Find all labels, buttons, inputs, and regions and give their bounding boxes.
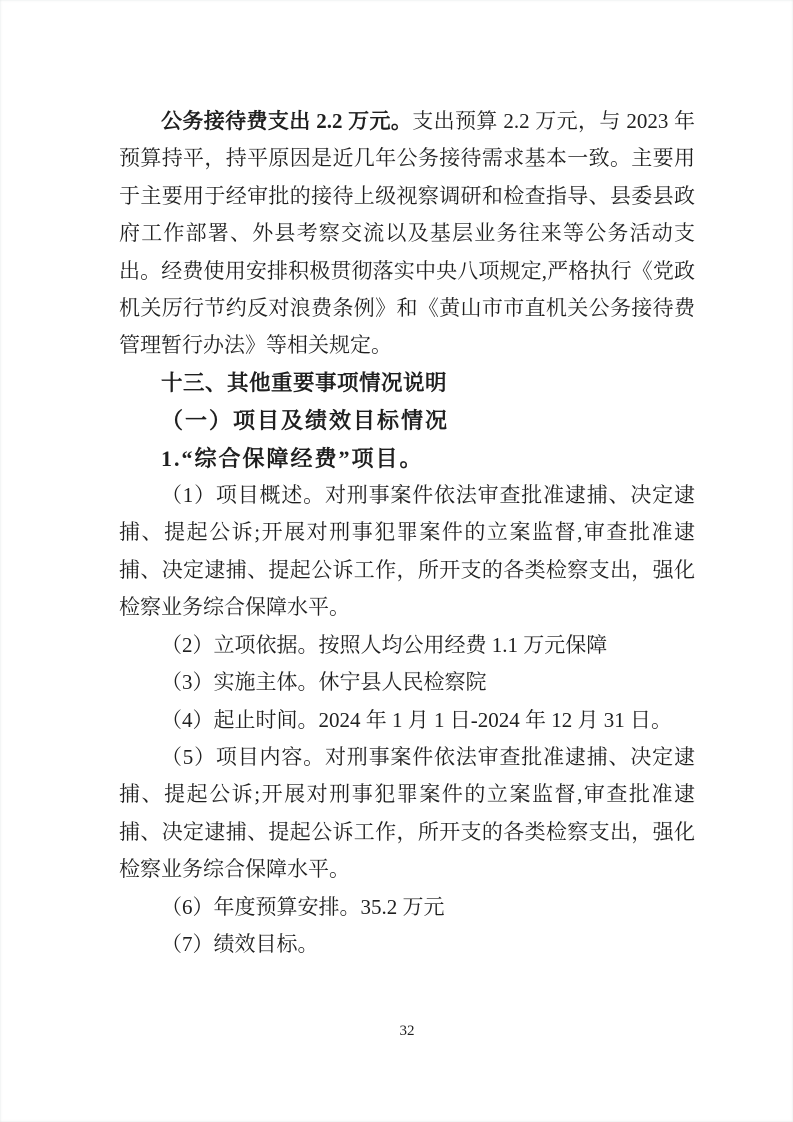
para-item-7-target: （7）绩效目标。 [119,926,695,963]
document-page: 公务接待费支出 2.2 万元。支出预算 2.2 万元，与 2023 年预算持平，… [0,0,793,1122]
para-item-5-content: （5）项目内容。对刑事案件依法审查批准逮捕、决定逮捕、提起公诉;开展对刑事犯罪案… [119,739,695,889]
para-item-4-duration: （4）起止时间。2024 年 1 月 1 日-2024 年 12 月 31 日。 [119,702,695,739]
para-item-3-entity: （3）实施主体。休宁县人民检察院 [119,664,695,701]
para-item-1-overview: （1）项目概述。对刑事案件依法审查批准逮捕、决定逮捕、提起公诉;开展对刑事犯罪案… [119,477,695,627]
para-reception-expense-lead: 公务接待费支出 2.2 万元。 [161,109,412,133]
heading-project-performance: （一）项目及绩效目标情况 [119,402,695,439]
para-item-2-basis: （2）立项依据。按照人均公用经费 1.1 万元保障 [119,627,695,664]
heading-project-item: 1.“综合保障经费”项目。 [119,440,695,477]
document-body: 公务接待费支出 2.2 万元。支出预算 2.2 万元，与 2023 年预算持平，… [119,103,695,963]
para-item-6-budget: （6）年度预算安排。35.2 万元 [119,889,695,926]
para-reception-expense: 公务接待费支出 2.2 万元。支出预算 2.2 万元，与 2023 年预算持平，… [119,103,695,365]
para-reception-expense-rest: 支出预算 2.2 万元，与 2023 年预算持平，持平原因是近几年公务接待需求基… [119,109,695,357]
page-number: 32 [119,1022,695,1040]
heading-section-thirteen: 十三、其他重要事项情况说明 [119,365,695,402]
